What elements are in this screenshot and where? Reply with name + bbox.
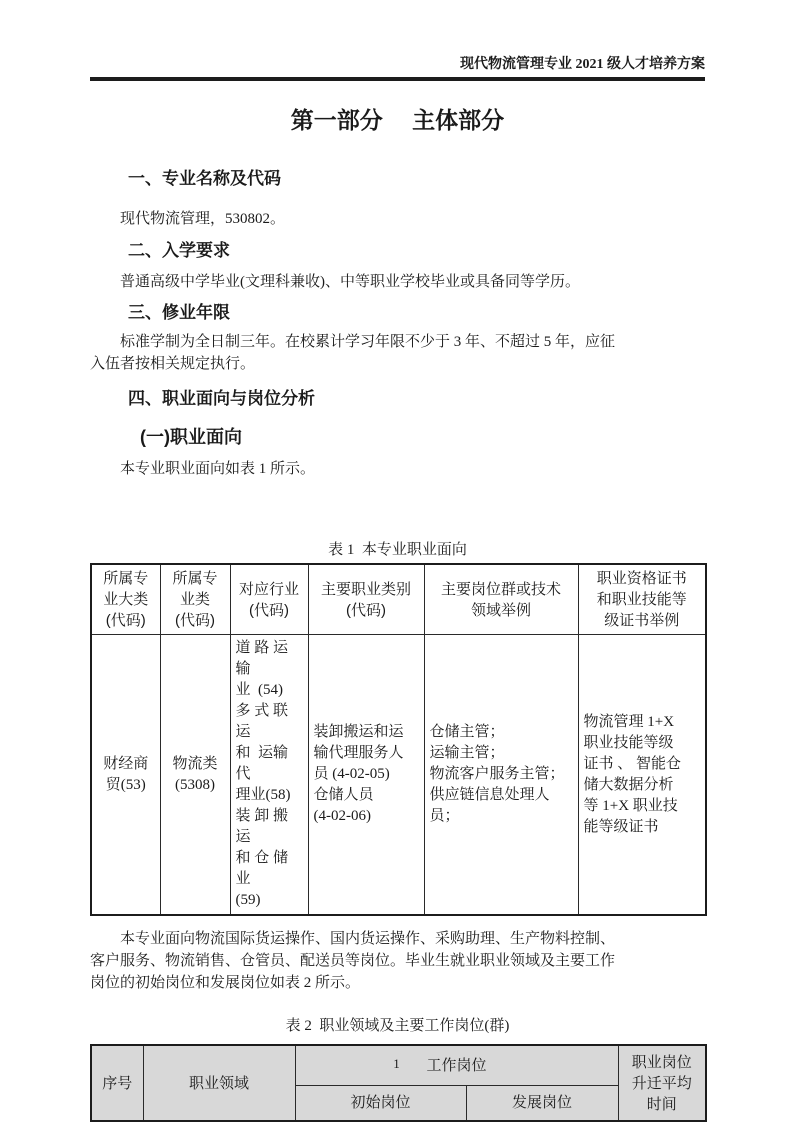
document-page: 现代物流管理专业 2021 级人才培养方案 第一部分 主体部分 一、专业名称及代… <box>0 0 793 1122</box>
section-heading-4: 四、职业面向与岗位分析 <box>128 387 705 411</box>
section-heading-3: 三、修业年限 <box>128 301 705 325</box>
table2-header-initial-position: 初始岗位 <box>295 1085 466 1121</box>
subsection-heading-career: (一)职业面向 <box>140 424 705 450</box>
table2-header-growth-position: 发展岗位 <box>466 1085 618 1121</box>
main-title: 第一部分 主体部分 <box>90 103 705 137</box>
page-number: 1 <box>0 1056 793 1072</box>
cell-major-category: 财经商 贸(53) <box>91 635 160 916</box>
table1-header-industries: 对应行业 (代码) <box>230 564 308 635</box>
table1-caption: 表 1 本专业职业面向 <box>90 540 705 561</box>
cell-position-groups: 仓储主管； 运输主管； 物流客户服务主管； 供应链信息处理人 员； <box>424 635 578 916</box>
paragraph-career-intro: 本专业职业面向如表 1 所示。 <box>90 458 705 480</box>
table-career-orientation: 所属专 业大类 (代码) 所属专 业类 (代码) 对应行业 (代码) 主要职业类… <box>90 563 707 916</box>
cell-certificates: 物流管理 1+X 职业技能等级 证书 、 智能仓 储大数据分析 等 1+X 职业… <box>578 635 706 916</box>
cell-occupations: 装卸搬运和运 输代理服务人 员 (4-02-05) 仓储人员 (4-02-06) <box>308 635 424 916</box>
table1-header-major-class: 所属专 业类 (代码) <box>160 564 230 635</box>
paragraph-duration: 标准学制为全日制三年。在校累计学习年限不少于 3 年、不超过 5 年，应征 入伍… <box>90 331 705 375</box>
running-header-text: 现代物流管理专业 2021 级人才培养方案 <box>460 57 705 72</box>
running-header: 现代物流管理专业 2021 级人才培养方案 <box>90 56 705 77</box>
table1-header-major-category: 所属专 业大类 (代码) <box>91 564 160 635</box>
table1-header-occupations: 主要职业类别 (代码) <box>308 564 424 635</box>
table1-header-position-groups: 主要岗位群或技术 领域举例 <box>424 564 578 635</box>
table1-header-row: 所属专 业大类 (代码) 所属专 业类 (代码) 对应行业 (代码) 主要职业类… <box>91 564 706 635</box>
section-heading-2: 二、入学要求 <box>128 239 705 263</box>
table1-header-certificates: 职业资格证书 和职业技能等 级证书举例 <box>578 564 706 635</box>
header-double-rule <box>90 77 705 81</box>
cell-major-class: 物流类 (5308) <box>160 635 230 916</box>
paragraph-major-code: 现代物流管理，530802。 <box>90 208 705 230</box>
table2-caption: 表 2 职业领域及主要工作岗位(群) <box>90 1016 705 1037</box>
table1-data-row: 财经商 贸(53) 物流类 (5308) 道 路 运 输 业 (54) 多 式 … <box>91 635 706 916</box>
cell-industries: 道 路 运 输 业 (54) 多 式 联 运 和 运输代 理业(58) 装 卸 … <box>230 635 308 916</box>
paragraph-job-positions: 本专业面向物流国际货运操作、国内货运操作、采购助理、生产物料控制、 客户服务、物… <box>90 928 705 994</box>
section-heading-1: 一、专业名称及代码 <box>128 167 705 191</box>
paragraph-admission: 普通高级中学毕业(文理科兼收)、中等职业学校毕业或具备同等学历。 <box>90 271 705 293</box>
